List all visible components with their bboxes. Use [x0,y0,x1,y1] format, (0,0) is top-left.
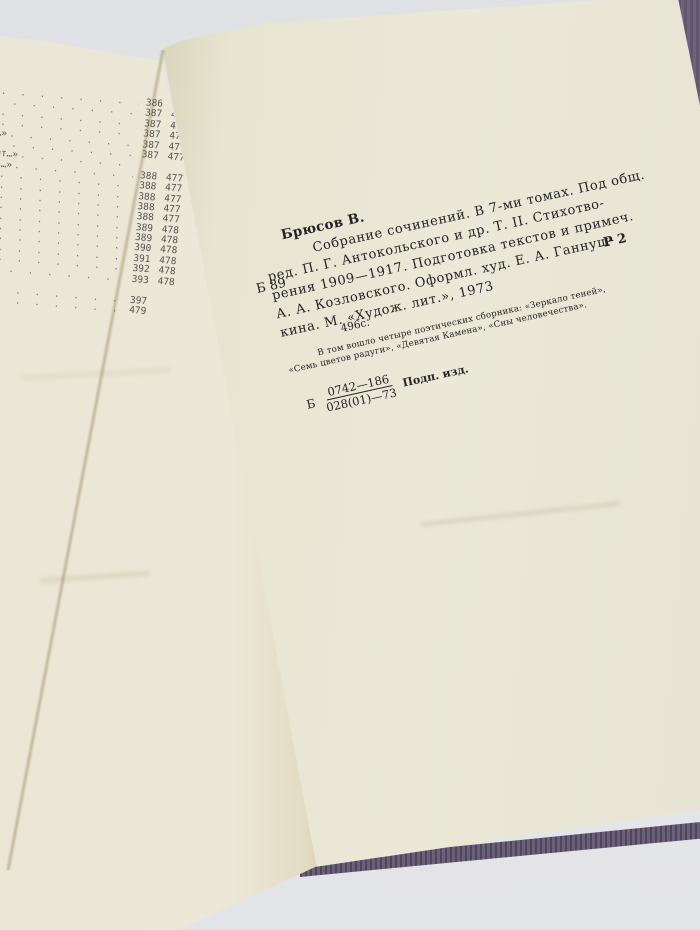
page-crease [420,502,619,527]
toc-page-number [134,167,158,169]
toc-note-page: 478 [148,275,175,288]
toc-page-number: 387 [134,149,159,162]
book-photo: . . . . . . . . . . . . . . . . . . . . … [0,0,700,930]
toc-page-number: 479 [122,305,147,318]
toc-note-page [146,314,172,316]
index-letter: Б [305,396,317,412]
subscription-note: Подп. изд. [401,362,469,389]
table-of-contents: . . . . . . . . . . . . . . . . . . . . … [0,84,189,319]
page-crease [20,368,170,380]
page-crease [40,571,150,583]
toc-page-number: 393 [124,273,149,286]
toc-note-page: 477 [158,151,185,164]
